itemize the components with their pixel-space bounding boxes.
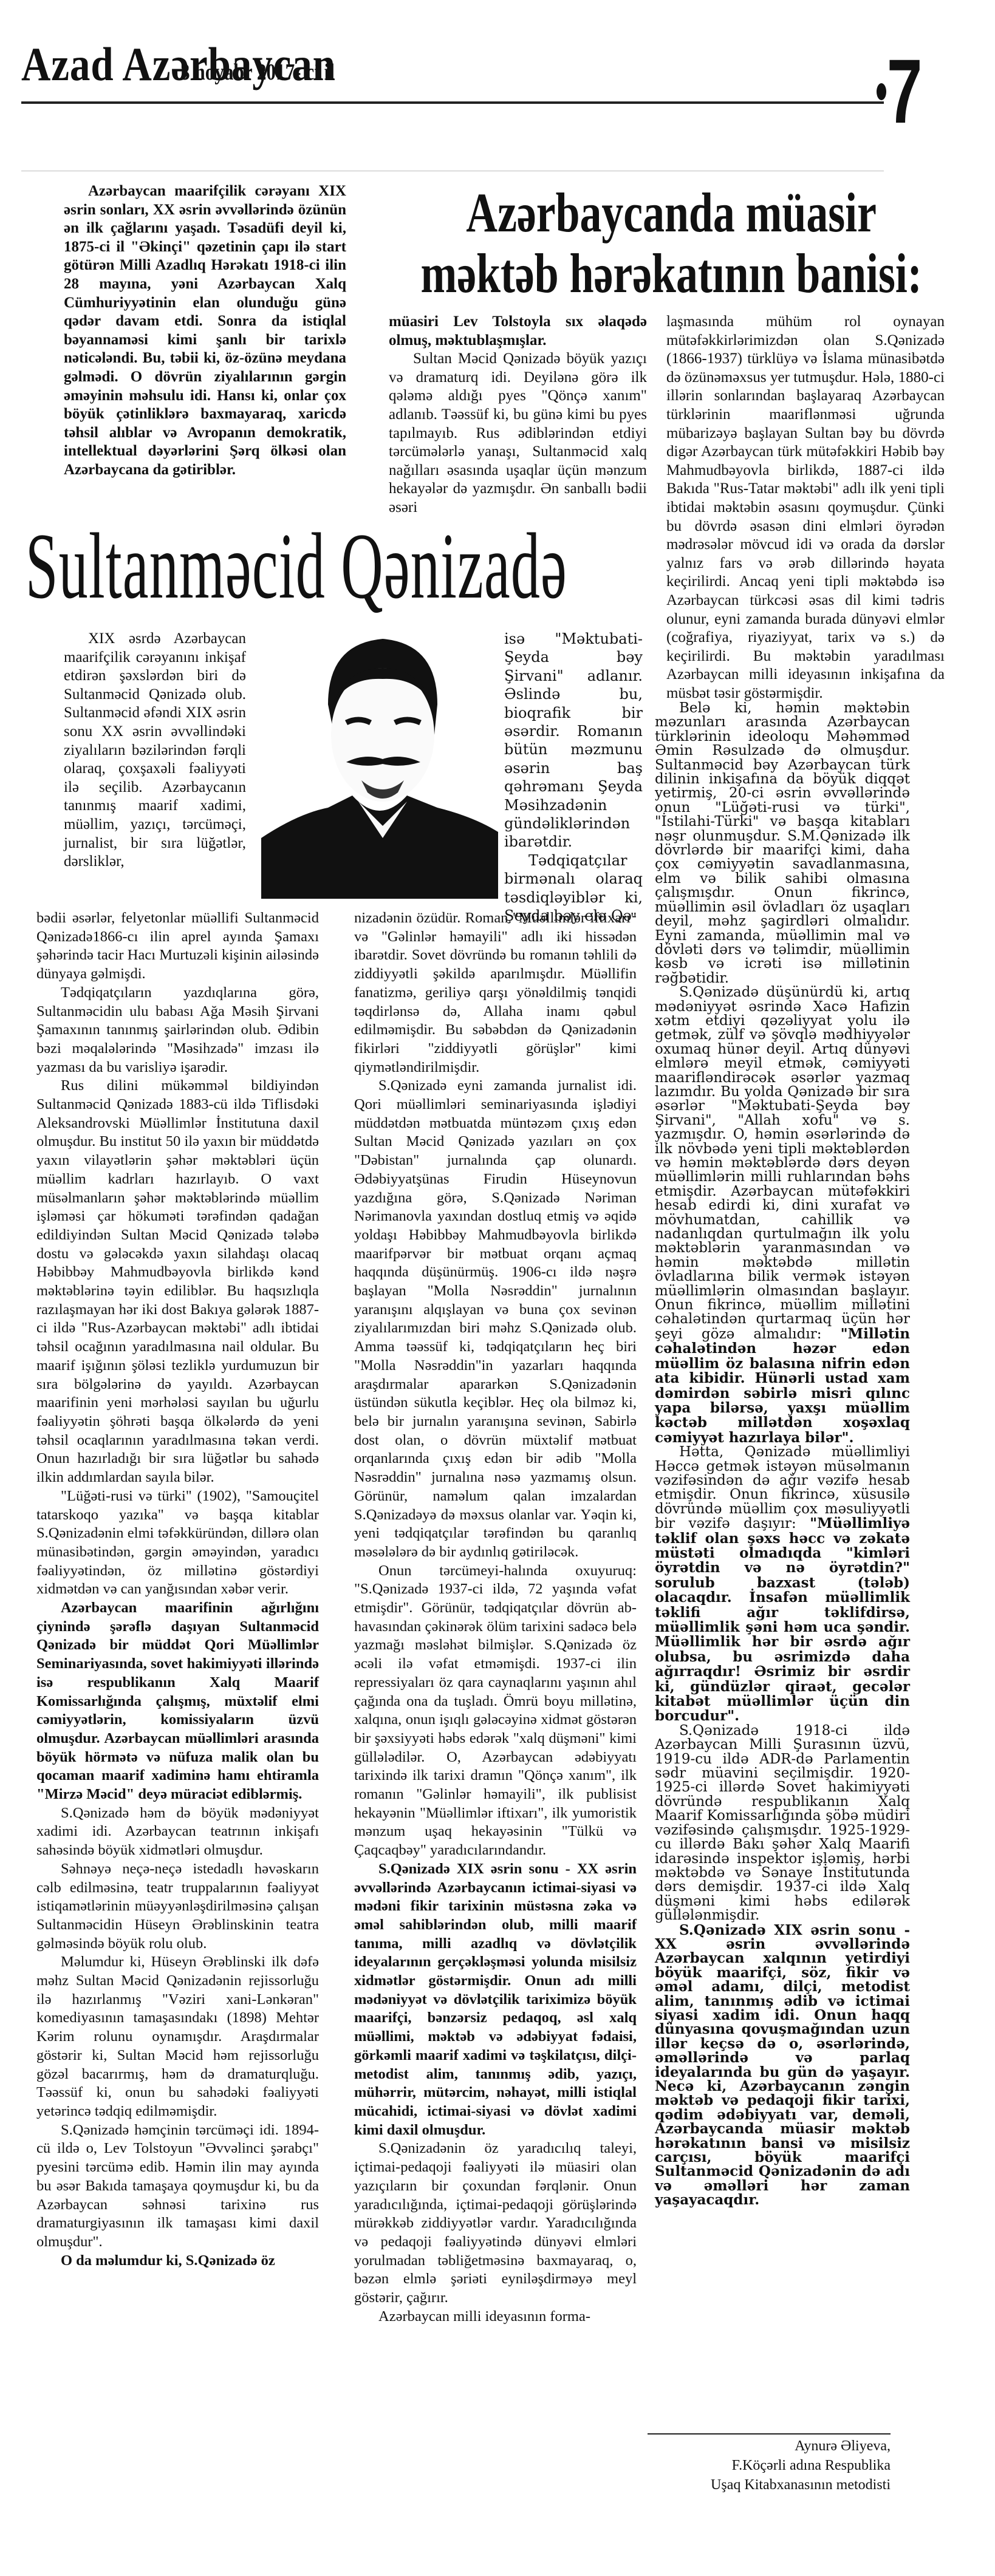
masthead: Azad Azərbaycan 3 noyabr 2017- ci il 7 bbox=[21, 33, 969, 155]
col2-beside-photo: isə "Məktubati-Şeyda bəy Şirvani" adlanı… bbox=[504, 630, 643, 925]
page-number: 7 bbox=[887, 46, 922, 137]
page-bullet-icon bbox=[877, 83, 886, 100]
masthead-rule bbox=[21, 101, 884, 104]
lead-paragraph: Azərbaycan maarifçilik cərəyanı XIX əsri… bbox=[64, 182, 346, 480]
headline-line-1: Azərbaycanda müasir bbox=[413, 182, 929, 243]
col2-top: müasiri Lev Tolstoyla sıx əlaqədə olmuş,… bbox=[389, 313, 647, 517]
article-headline: Azərbaycanda müasir məktəb hərəkatının b… bbox=[413, 182, 929, 304]
col3-top: laşmasında mühüm rol oynayan mütəfəkkirl… bbox=[666, 313, 945, 703]
col1-intro: XIX əsrdə Azərbaycan maarifçilik cərəyan… bbox=[64, 630, 246, 871]
col2-article-body: nizadənin özüdür. Roman "Müəllimlər ifti… bbox=[354, 909, 637, 2326]
byline-rule bbox=[648, 2433, 891, 2435]
article-title: Sultanməcid Qənizadə bbox=[26, 519, 567, 613]
portrait-image-icon bbox=[261, 632, 498, 899]
portrait-photo bbox=[261, 632, 498, 899]
author-affiliation-2: Uşaq Kitabxanasının metodisti bbox=[648, 2475, 891, 2495]
quote-teacher: "Millətin cəhalətindən həzər edən müəlli… bbox=[655, 1326, 910, 1446]
byline: Aynurə Əliyeva, F.Köçərli adına Respubli… bbox=[648, 2436, 891, 2495]
col1-article-body: bədii əsərlər, felyetonlar müəllifi Sult… bbox=[36, 909, 319, 2270]
author-name: Aynurə Əliyeva, bbox=[648, 2436, 891, 2456]
issue-date: 3 noyabr 2017- ci il bbox=[180, 59, 335, 86]
col3-body: Belə ki, həmin məktəbin məzunları arasın… bbox=[655, 701, 910, 2207]
masthead-rule-thin bbox=[21, 171, 884, 171]
headline-line-2: məktəb hərəkatının banisi: bbox=[413, 243, 929, 304]
quote-duty: "Müəllimliyə təklif olan şəxs həcc və zə… bbox=[655, 1515, 910, 1724]
conclusion-paragraph: S.Qənizadə XIX əsrin sonu - XX əsrin əvv… bbox=[655, 1923, 910, 2207]
author-affiliation-1: F.Köçərli adına Respublika bbox=[648, 2456, 891, 2475]
